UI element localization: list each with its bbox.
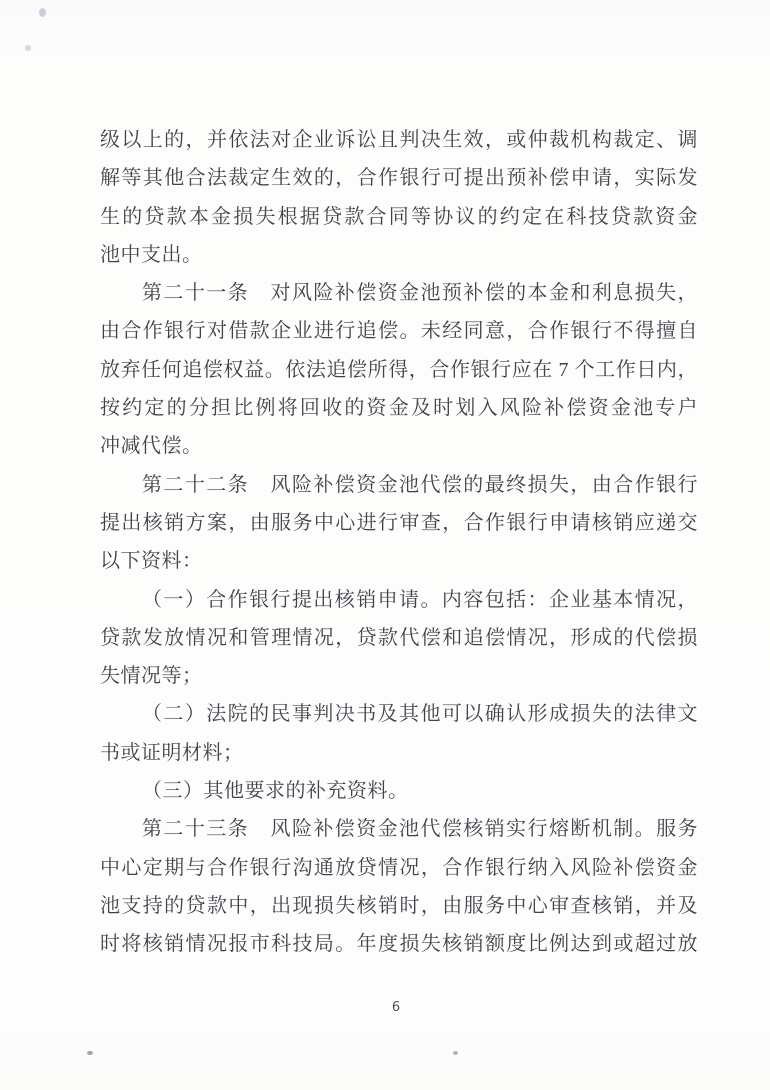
text-line: 由合作银行对借款企业进行追偿。未经同意，合作银行不得擅自	[100, 312, 698, 350]
text-line: 按约定的分担比例将回收的资金及时划入风险补偿资金池专户	[100, 389, 698, 427]
page-number: 6	[11, 999, 770, 1017]
text-line: 书或证明材料；	[100, 734, 698, 772]
text-line: 生的贷款本金损失根据贷款合同等协议的约定在科技贷款资金	[100, 198, 698, 236]
text-line: 时将核销情况报市科技局。年度损失核销额度比例达到或超过放	[100, 925, 698, 963]
text-line: 解等其他合法裁定生效的，合作银行可提出预补偿申请，实际发	[100, 159, 698, 197]
text-line: 级以上的，并依法对企业诉讼且判决生效，或仲裁机构裁定、调	[100, 121, 698, 159]
list-item-2-line: （二）法院的民事判决书及其他可以确认形成损失的法律文	[100, 695, 698, 733]
scan-artifact	[87, 1051, 93, 1055]
text-line: 中心定期与合作银行沟通放贷情况，合作银行纳入风险补偿资金	[100, 849, 698, 887]
text-line: 冲减代偿。	[100, 427, 698, 465]
text-line: 池支持的贷款中，出现损失核销时，由服务中心审查核销，并及	[100, 887, 698, 925]
text-line: 以下资料：	[100, 542, 698, 580]
text-line: 贷款发放情况和管理情况，贷款代偿和追偿情况，形成的代偿损	[100, 619, 698, 657]
article-23-heading-line: 第二十三条 风险补偿资金池代偿核销实行熔断机制。服务	[100, 810, 698, 848]
article-22-heading-line: 第二十二条 风险补偿资金池代偿的最终损失，由合作银行	[100, 466, 698, 504]
scan-artifact	[25, 45, 31, 51]
scan-artifact	[453, 1051, 458, 1055]
text-line: 失情况等；	[100, 657, 698, 695]
scan-artifact	[39, 8, 46, 17]
text-line: 池中支出。	[100, 236, 698, 274]
text-line: 提出核销方案，由服务中心进行审查，合作银行申请核销应递交	[100, 504, 698, 542]
list-item-3-line: （三）其他要求的补充资料。	[100, 772, 698, 810]
scanned-document-page: 级以上的，并依法对企业诉讼且判决生效，或仲裁机构裁定、调 解等其他合法裁定生效的…	[0, 0, 770, 1090]
article-21-heading-line: 第二十一条 对风险补偿资金池预补偿的本金和利息损失，	[100, 274, 698, 312]
list-item-1-line: （一）合作银行提出核销申请。内容包括：企业基本情况，	[100, 581, 698, 619]
text-line: 放弃任何追偿权益。依法追偿所得，合作银行应在 7 个工作日内，	[100, 351, 698, 389]
document-body: 级以上的，并依法对企业诉讼且判决生效，或仲裁机构裁定、调 解等其他合法裁定生效的…	[100, 121, 698, 964]
